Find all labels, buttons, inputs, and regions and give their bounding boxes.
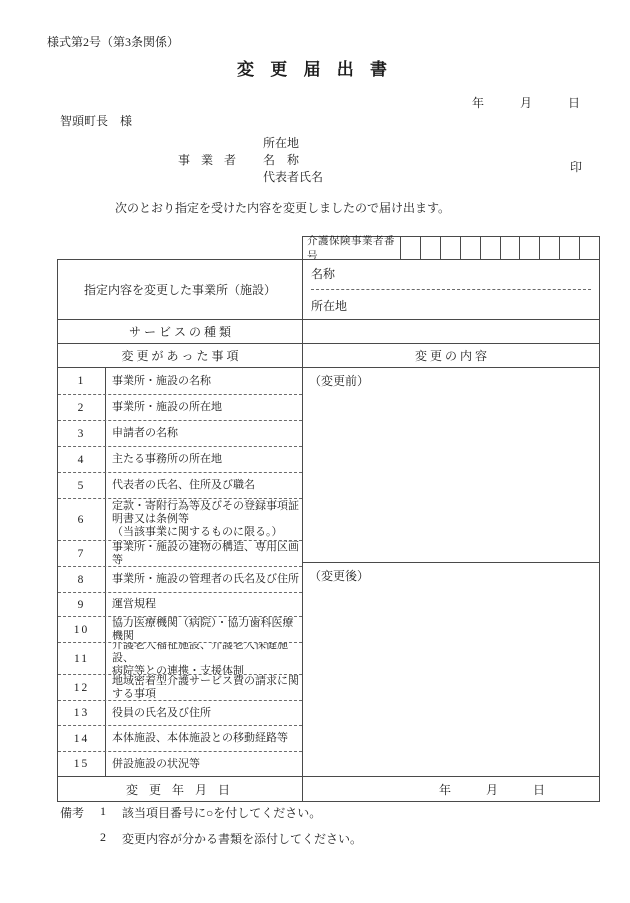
insurer-number-box[interactable]: [500, 237, 520, 259]
item-row: 1 事業所・施設の名称: [58, 368, 302, 394]
insurer-number-boxes: [401, 237, 599, 259]
item-number: 9: [58, 593, 106, 616]
insurer-number-box[interactable]: [579, 237, 599, 259]
item-label: 主たる事務所の所在地: [106, 447, 302, 472]
insurer-number-box[interactable]: [440, 237, 460, 259]
item-label: 役員の氏名及び住所: [106, 701, 302, 725]
form-number: 様式第2号（第3条関係）: [47, 33, 179, 50]
item-row: 15 併設施設の状況等: [58, 751, 302, 776]
note-text: 変更内容が分かる書類を添付してください。: [122, 830, 362, 847]
item-label: 定款・寄附行為等及びその登録事項証 明書又は条例等 （当該事業に関するものに限る…: [106, 499, 302, 540]
item-row: 4 主たる事務所の所在地: [58, 446, 302, 472]
main-table: 指定内容を変更した事業所（施設） サ ー ビ ス の 種 類 変 更 が あ っ…: [57, 259, 600, 802]
intro-text: 次のとおり指定を受けた内容を変更しましたので届け出ます。: [115, 199, 450, 216]
facility-detail-cell: 名称 所在地: [303, 260, 599, 320]
form-page: 様式第2号（第3条関係） 変 更 届 出 書 年 月 日 智頭町長 様 事 業 …: [0, 0, 630, 903]
change-after-label: （変更後）: [309, 569, 369, 583]
item-number: 5: [58, 473, 106, 498]
change-before-section[interactable]: （変更前）: [303, 368, 599, 563]
item-label: 申請者の名称: [106, 421, 302, 446]
item-number: 7: [58, 541, 106, 566]
insurer-number-box[interactable]: [519, 237, 539, 259]
item-label: 運営規程: [106, 593, 302, 616]
note-item: 2 変更内容が分かる書類を添付してください。: [60, 830, 362, 847]
item-label: 本体施設、本体施設との移動経路等: [106, 726, 302, 751]
notes-label: 備考: [60, 804, 100, 821]
item-number: 13: [58, 701, 106, 725]
note-number: 1: [100, 804, 122, 821]
item-row: 6 定款・寄附行為等及びその登録事項証 明書又は条例等 （当該事業に関するものに…: [58, 498, 302, 540]
applicant-address-label: 所在地: [263, 134, 299, 151]
notes: 備考 1 該当項目番号に○を付してください。 2 変更内容が分かる書類を添付して…: [60, 804, 362, 856]
change-before-label: （変更前）: [309, 374, 369, 388]
facility-name-label[interactable]: 名称: [311, 265, 591, 282]
note-text: 該当項目番号に○を付してください。: [122, 804, 321, 821]
item-number: 11: [58, 643, 106, 674]
item-number: 6: [58, 499, 106, 540]
applicant-representative-label: 代表者氏名: [263, 168, 323, 185]
month-label: 月: [486, 781, 498, 798]
service-type-label-cell: サ ー ビ ス の 種 類: [58, 320, 302, 344]
item-rows: 1 事業所・施設の名称 2 事業所・施設の所在地 3 申請者の名称 4 主たる事…: [58, 368, 302, 776]
content-header-cell: 変 更 の 内 容: [303, 344, 599, 368]
table-left-column: 指定内容を変更した事業所（施設） サ ー ビ ス の 種 類 変 更 が あ っ…: [58, 260, 302, 801]
insurer-number-label: 介護保険事業者番号: [303, 237, 401, 259]
day-label: 日: [568, 94, 580, 111]
year-label: 年: [472, 94, 484, 111]
item-label: 介護老人福祉施設、介護老人保健施設、 病院等との連携・支援体制: [106, 643, 302, 674]
insurer-number-box[interactable]: [480, 237, 500, 259]
item-label: 事業所・施設の管理者の氏名及び住所: [106, 567, 302, 592]
item-row: 3 申請者の名称: [58, 420, 302, 446]
item-label: 代表者の氏名、住所及び職名: [106, 473, 302, 498]
item-row: 9 運営規程: [58, 592, 302, 616]
item-row: 2 事業所・施設の所在地: [58, 394, 302, 420]
facility-label-cell: 指定内容を変更した事業所（施設）: [58, 260, 302, 320]
item-number: 4: [58, 447, 106, 472]
change-date-label-cell: 変 更 年 月 日: [58, 776, 302, 801]
insurer-number-box[interactable]: [401, 237, 420, 259]
item-label: 事業所・施設の建物の構造、専用区画 等: [106, 541, 302, 566]
seal-label: 印: [570, 158, 582, 175]
table-right-column: 名称 所在地 変 更 の 内 容 （変更前） （変更後） 年 月 日: [302, 260, 599, 801]
item-row: 5 代表者の氏名、住所及び職名: [58, 472, 302, 498]
dashed-divider: [311, 289, 591, 290]
insurer-number-box[interactable]: [420, 237, 440, 259]
item-label: 事業所・施設の名称: [106, 368, 302, 394]
item-label: 併設施設の状況等: [106, 752, 302, 776]
item-row: 12 地域密着型介護サービス費の請求に関 する事項: [58, 674, 302, 700]
item-row: 11 介護老人福祉施設、介護老人保健施設、 病院等との連携・支援体制: [58, 642, 302, 674]
year-label: 年: [439, 781, 451, 798]
date-line: 年 月 日: [472, 94, 580, 111]
item-label: 協力医療機関（病院）・協力歯科医療 機関: [106, 617, 302, 642]
month-label: 月: [520, 94, 532, 111]
day-label: 日: [533, 781, 545, 798]
service-type-value-cell[interactable]: [303, 320, 599, 344]
item-number: 12: [58, 675, 106, 700]
item-number: 14: [58, 726, 106, 751]
insurer-number-box[interactable]: [539, 237, 559, 259]
insurer-number-row: 介護保険事業者番号: [302, 236, 600, 259]
item-label: 地域密着型介護サービス費の請求に関 する事項: [106, 675, 302, 700]
applicant-name-label: 名 称: [263, 151, 299, 168]
applicant-label: 事 業 者: [178, 151, 240, 168]
insurer-number-box[interactable]: [559, 237, 579, 259]
note-item: 備考 1 該当項目番号に○を付してください。: [60, 804, 362, 821]
change-content-cell: （変更前） （変更後）: [303, 368, 599, 776]
item-row: 10 協力医療機関（病院）・協力歯科医療 機関: [58, 616, 302, 642]
addressee: 智頭町長 様: [60, 112, 132, 129]
facility-address-label[interactable]: 所在地: [311, 297, 591, 314]
item-number: 3: [58, 421, 106, 446]
insurer-number-box[interactable]: [460, 237, 480, 259]
change-date-value-cell[interactable]: 年 月 日: [303, 776, 599, 801]
item-number: 10: [58, 617, 106, 642]
item-row: 8 事業所・施設の管理者の氏名及び住所: [58, 566, 302, 592]
item-number: 2: [58, 395, 106, 420]
items-header-cell: 変 更 が あ っ た 事 項: [58, 344, 302, 368]
item-row: 7 事業所・施設の建物の構造、専用区画 等: [58, 540, 302, 566]
item-row: 14 本体施設、本体施設との移動経路等: [58, 725, 302, 751]
item-number: 1: [58, 368, 106, 394]
item-number: 15: [58, 752, 106, 776]
page-title: 変 更 届 出 書: [0, 55, 630, 80]
change-after-section[interactable]: （変更後）: [303, 563, 599, 776]
item-row: 13 役員の氏名及び住所: [58, 700, 302, 725]
item-number: 8: [58, 567, 106, 592]
item-label: 事業所・施設の所在地: [106, 395, 302, 420]
note-number: 2: [100, 830, 122, 847]
